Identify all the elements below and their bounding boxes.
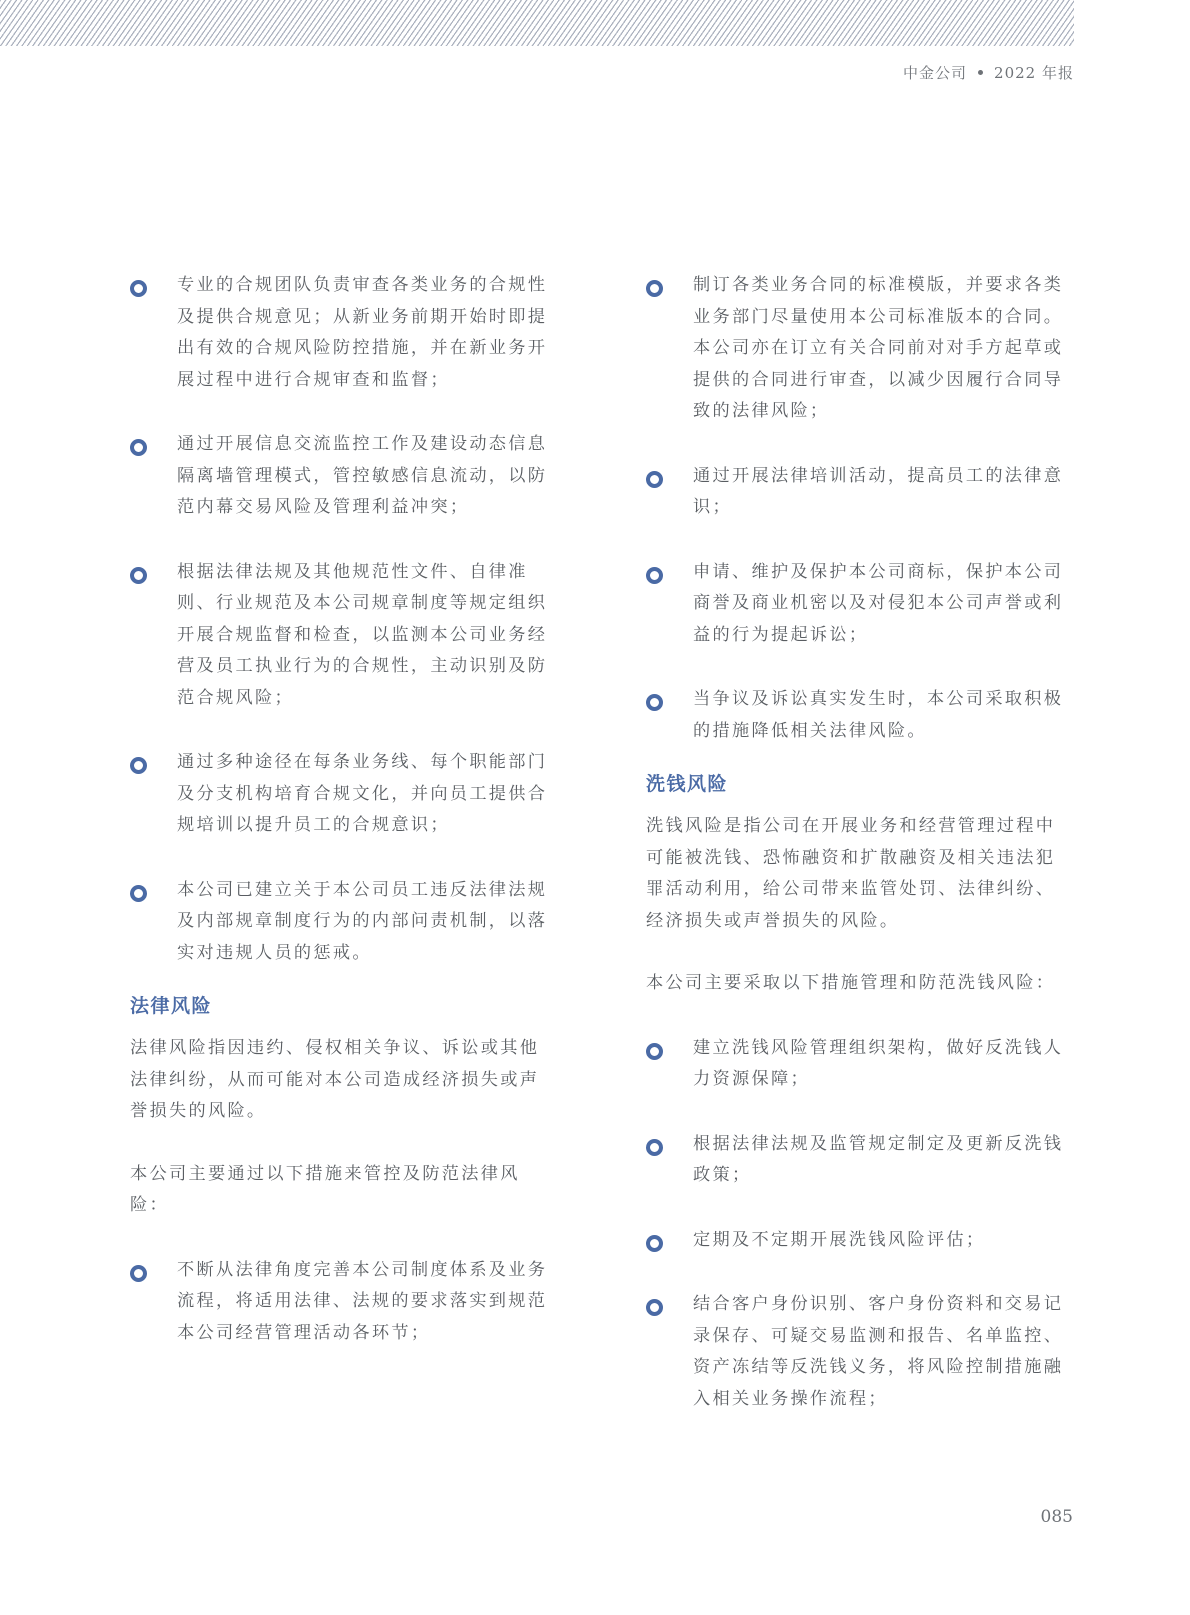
ring-bullet-icon (130, 439, 147, 456)
ring-bullet-icon (130, 885, 147, 902)
ring-bullet-icon (130, 757, 147, 774)
list-item-text: 通过开展法律培训活动，提高员工的法律意识； (693, 466, 1063, 518)
bullet-dot-icon (978, 70, 983, 75)
list-item: 通过多种途径在每条业务线、每个职能部门及分支机构培育合规文化，并向员工提供合规培… (130, 747, 555, 842)
ring-bullet-icon (646, 1235, 663, 1252)
ring-bullet-icon (130, 1265, 147, 1282)
list-item: 专业的合规团队负责审查各类业务的合规性及提供合规意见；从新业务前期开始时即提出有… (130, 270, 555, 396)
list-item: 制订各类业务合同的标准模版，并要求各类业务部门尽量使用本公司标准版本的合同。本公… (646, 270, 1071, 428)
list-item-text: 根据法律法规及监管规定制定及更新反洗钱政策； (693, 1134, 1063, 1186)
list-item: 不断从法律角度完善本公司制度体系及业务流程，将适用法律、法规的要求落实到规范本公… (130, 1255, 555, 1350)
list-item: 建立洗钱风险管理组织架构，做好反洗钱人力资源保障； (646, 1033, 1071, 1096)
list-item-text: 不断从法律角度完善本公司制度体系及业务流程，将适用法律、法规的要求落实到规范本公… (177, 1260, 547, 1343)
aml-risk-intro: 本公司主要采取以下措施管理和防范洗钱风险： (646, 968, 1071, 1000)
list-item-text: 专业的合规团队负责审查各类业务的合规性及提供合规意见；从新业务前期开始时即提出有… (177, 275, 547, 390)
running-header: 中金公司 2022 年报 (903, 62, 1074, 83)
right-column: 制订各类业务合同的标准模版，并要求各类业务部门尽量使用本公司标准版本的合同。本公… (646, 270, 1071, 1448)
report-title: 2022 年报 (994, 62, 1074, 83)
section-title-legal-risk: 法律风险 (130, 991, 555, 1021)
list-item: 结合客户身份识别、客户身份资料和交易记录保存、可疑交易监测和报告、名单监控、资产… (646, 1289, 1071, 1415)
left-column: 专业的合规团队负责审查各类业务的合规性及提供合规意见；从新业务前期开始时即提出有… (130, 270, 555, 1382)
list-item: 当争议及诉讼真实发生时，本公司采取积极的措施降低相关法律风险。 (646, 684, 1071, 747)
ring-bullet-icon (646, 1299, 663, 1316)
ring-bullet-icon (646, 280, 663, 297)
decorative-hatch-band (0, 0, 1074, 46)
list-item-text: 申请、维护及保护本公司商标，保护本公司商誉及商业机密以及对侵犯本公司声誉或利益的… (693, 562, 1063, 645)
ring-bullet-icon (130, 280, 147, 297)
list-item-text: 定期及不定期开展洗钱风险评估； (693, 1230, 985, 1250)
legal-risk-intro: 本公司主要通过以下措施来管控及防范法律风险： (130, 1159, 555, 1222)
ring-bullet-icon (130, 567, 147, 584)
list-item-text: 通过开展信息交流监控工作及建设动态信息隔离墙管理模式，管控敏感信息流动，以防范内… (177, 434, 547, 517)
list-item: 本公司已建立关于本公司员工违反法律法规及内部规章制度行为的内部问责机制，以落实对… (130, 875, 555, 970)
list-item-text: 通过多种途径在每条业务线、每个职能部门及分支机构培育合规文化，并向员工提供合规培… (177, 752, 547, 835)
page-number: 085 (1041, 1507, 1073, 1527)
list-item: 通过开展法律培训活动，提高员工的法律意识； (646, 461, 1071, 524)
list-item: 根据法律法规及监管规定制定及更新反洗钱政策； (646, 1129, 1071, 1192)
list-item: 根据法律法规及其他规范性文件、自律准则、行业规范及本公司规章制度等规定组织开展合… (130, 557, 555, 715)
ring-bullet-icon (646, 694, 663, 711)
list-item-text: 结合客户身份识别、客户身份资料和交易记录保存、可疑交易监测和报告、名单监控、资产… (693, 1294, 1063, 1409)
aml-risk-definition: 洗钱风险是指公司在开展业务和经营管理过程中可能被洗钱、恐怖融资和扩散融资及相关违… (646, 811, 1071, 937)
section-title-aml-risk: 洗钱风险 (646, 769, 1071, 799)
list-item-text: 制订各类业务合同的标准模版，并要求各类业务部门尽量使用本公司标准版本的合同。本公… (693, 275, 1063, 421)
ring-bullet-icon (646, 1043, 663, 1060)
list-item: 通过开展信息交流监控工作及建设动态信息隔离墙管理模式，管控敏感信息流动，以防范内… (130, 429, 555, 524)
list-item-text: 根据法律法规及其他规范性文件、自律准则、行业规范及本公司规章制度等规定组织开展合… (177, 562, 547, 708)
list-item: 定期及不定期开展洗钱风险评估； (646, 1225, 1071, 1257)
ring-bullet-icon (646, 567, 663, 584)
legal-risk-definition: 法律风险指因违约、侵权相关争议、诉讼或其他法律纠纷，从而可能对本公司造成经济损失… (130, 1033, 555, 1128)
list-item: 申请、维护及保护本公司商标，保护本公司商誉及商业机密以及对侵犯本公司声誉或利益的… (646, 557, 1071, 652)
list-item-text: 本公司已建立关于本公司员工违反法律法规及内部规章制度行为的内部问责机制，以落实对… (177, 880, 547, 963)
list-item-text: 建立洗钱风险管理组织架构，做好反洗钱人力资源保障； (693, 1038, 1063, 1090)
ring-bullet-icon (646, 471, 663, 488)
ring-bullet-icon (646, 1139, 663, 1156)
list-item-text: 当争议及诉讼真实发生时，本公司采取积极的措施降低相关法律风险。 (693, 689, 1063, 741)
company-name: 中金公司 (903, 62, 967, 83)
